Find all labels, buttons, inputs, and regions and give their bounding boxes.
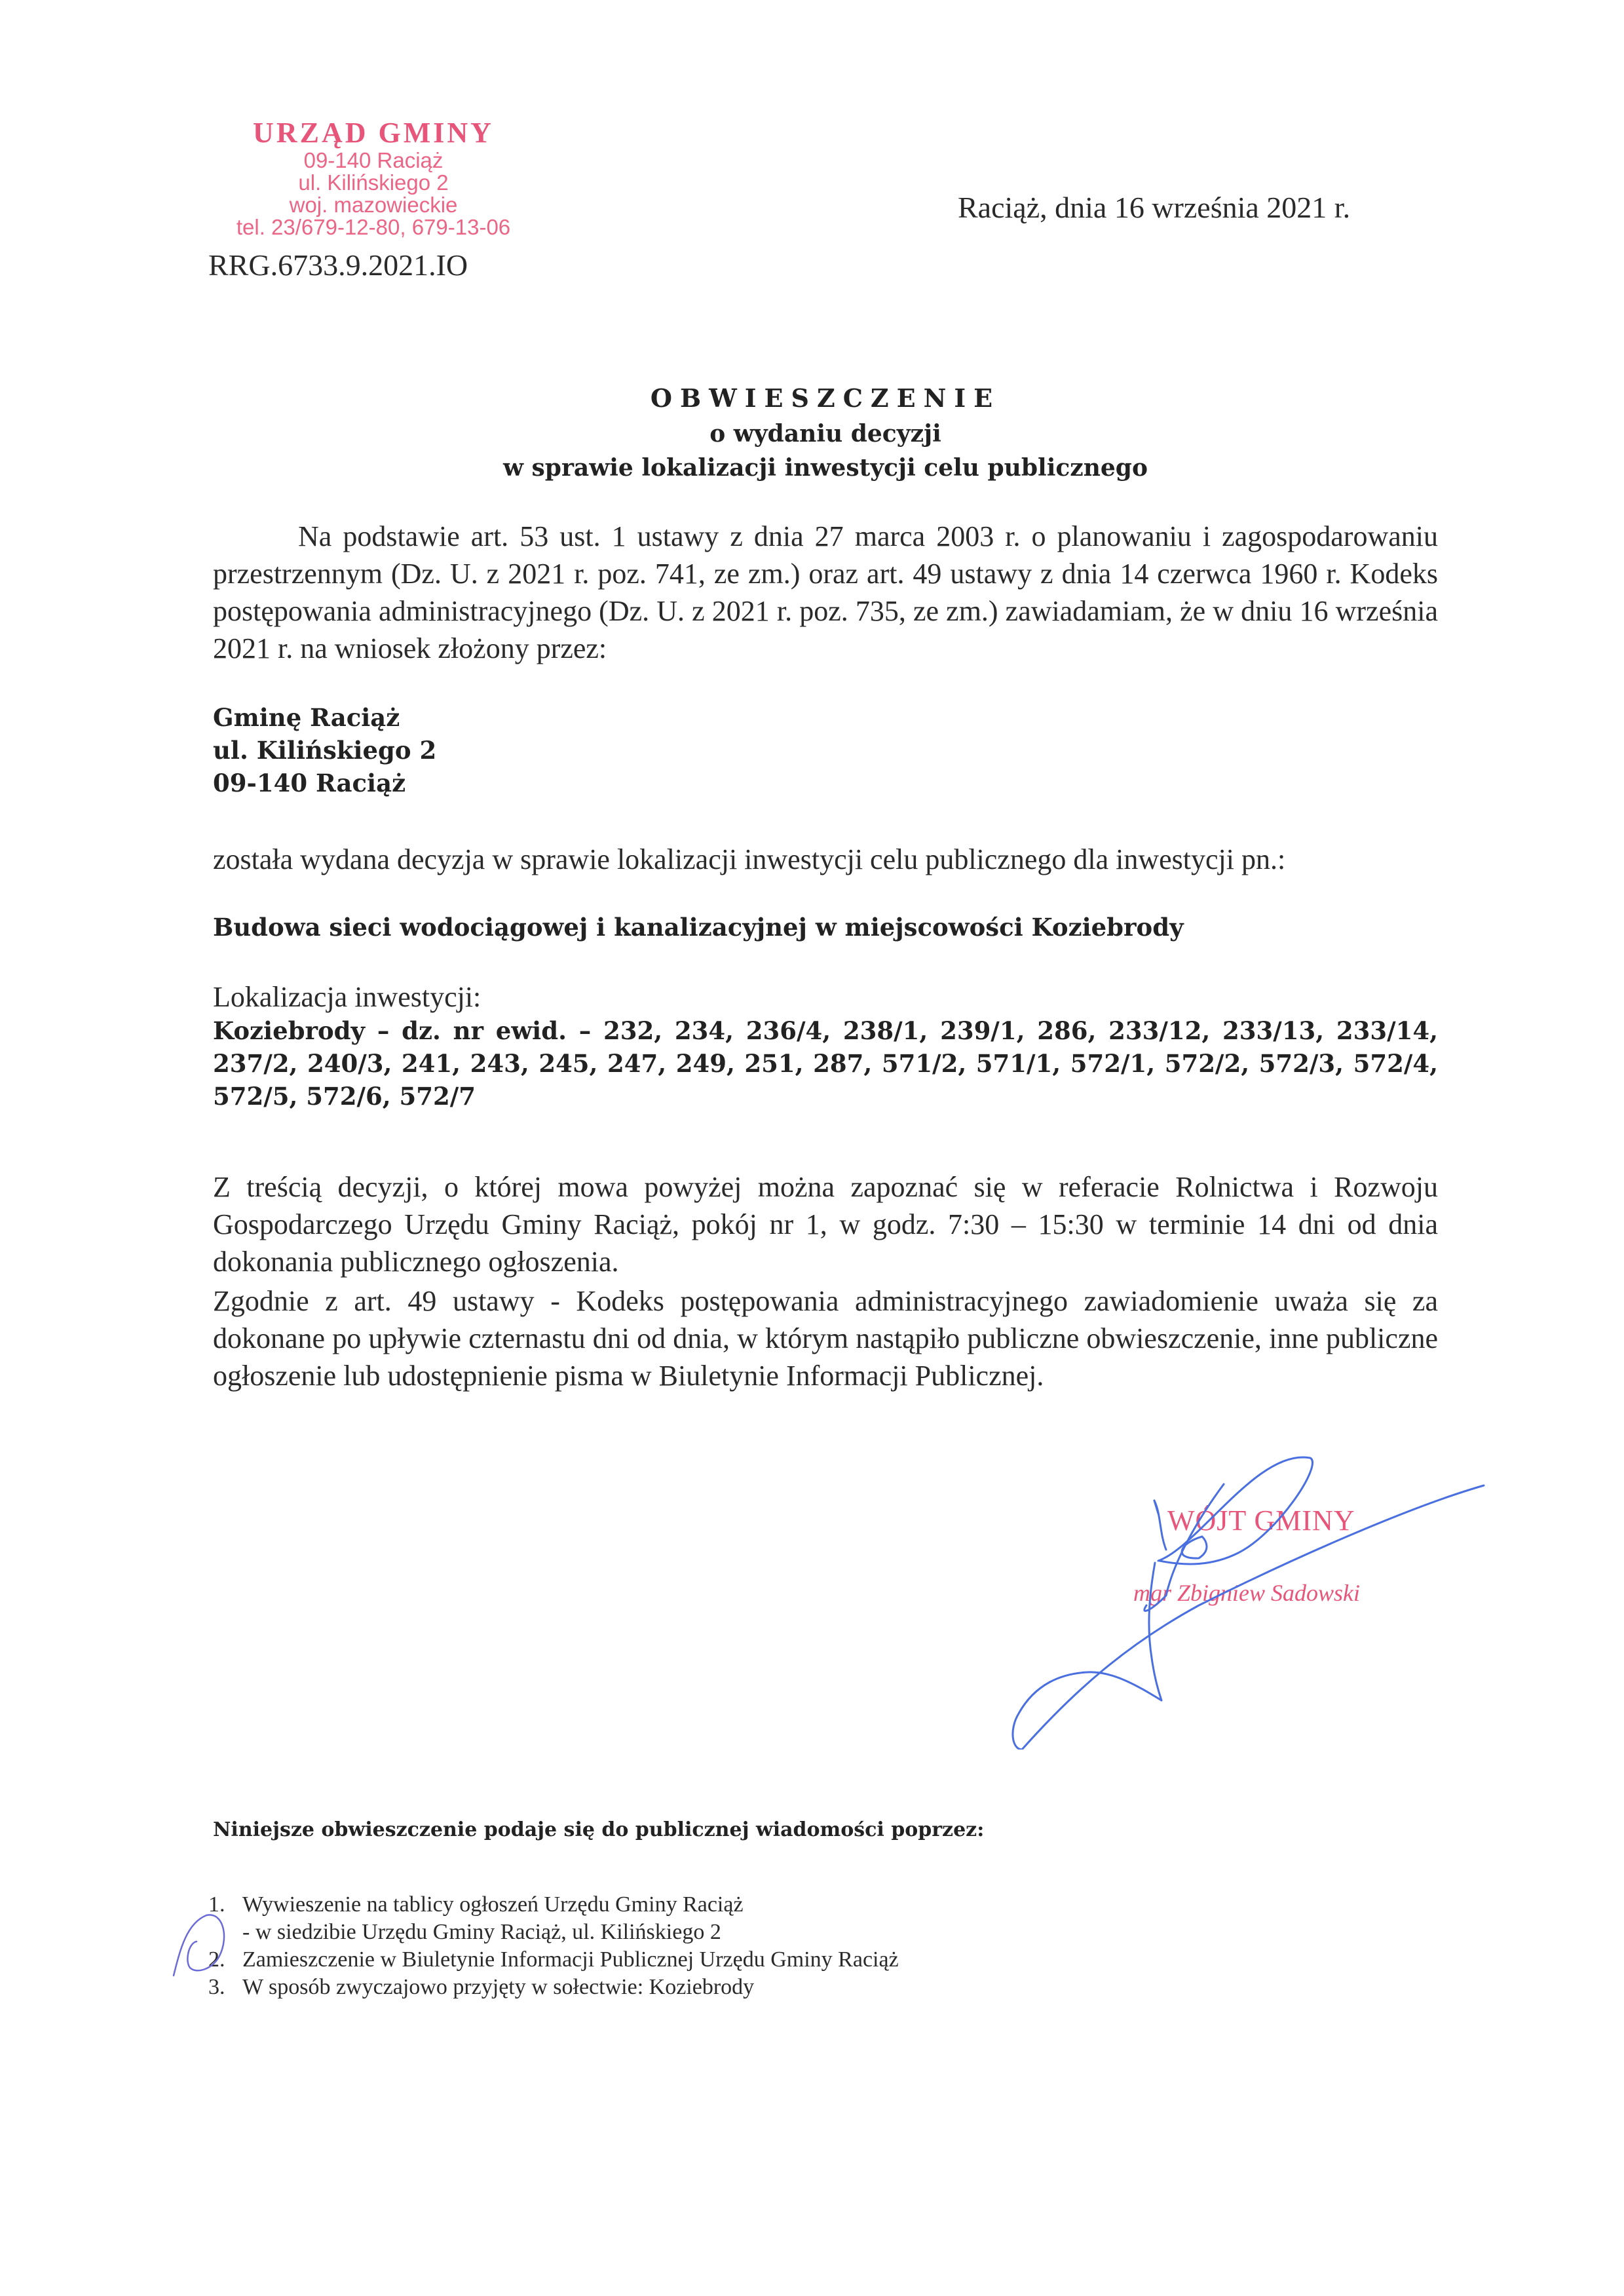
location-label: Lokalizacja inwestycji:	[213, 978, 1438, 1016]
stamp-postal: 09-140 Raciąż	[216, 149, 531, 172]
publication-item: 2.Zamieszczenie w Biuletynie Informacji …	[208, 1946, 899, 1974]
publication-item: - w siedzibie Urzędu Gminy Raciąż, ul. K…	[208, 1919, 899, 1946]
publication-heading: Niniejsze obwieszczenie podaje się do pu…	[213, 1818, 984, 1841]
applicant-street: ul. Kilińskiego 2	[213, 734, 436, 767]
intro-text: Na podstawie art. 53 ust. 1 ustawy z dni…	[213, 520, 1438, 664]
stamp-title: URZĄD GMINY	[216, 117, 531, 149]
legal-paragraph: Zgodnie z art. 49 ustawy - Kodeks postęp…	[213, 1282, 1438, 1394]
intro-paragraph: Na podstawie art. 53 ust. 1 ustawy z dni…	[213, 518, 1438, 667]
applicant-city: 09-140 Raciąż	[213, 767, 406, 799]
stamp-voivodeship: woj. mazowieckie	[216, 194, 531, 216]
decision-paragraph: została wydana decyzja w sprawie lokaliz…	[213, 841, 1438, 878]
stamp-street: ul. Kilińskiego 2	[216, 172, 531, 194]
title-subtitle-2: w sprawie lokalizacji inwestycji celu pu…	[213, 451, 1438, 485]
title-subtitle-1: o wydaniu decyzji	[213, 417, 1438, 451]
title-main: OBWIESZCZENIE	[213, 380, 1438, 417]
document-title: OBWIESZCZENIE o wydaniu decyzji w sprawi…	[213, 380, 1438, 485]
info-paragraph: Z treścią decyzji, o której mowa powyżej…	[213, 1168, 1438, 1280]
location-parcels: Koziebrody – dz. nr ewid. – 232, 234, 23…	[213, 1014, 1438, 1113]
investment-name: Budowa sieci wodociągowej i kanalizacyjn…	[213, 911, 1184, 944]
reference-number: RRG.6733.9.2021.IO	[208, 248, 468, 282]
publication-list: 1.Wywieszenie na tablicy ogłoszeń Urzędu…	[208, 1891, 899, 2001]
publication-item: 1.Wywieszenie na tablicy ogłoszeń Urzędu…	[208, 1891, 899, 1919]
stamp-phone: tel. 23/679-12-80, 679-13-06	[216, 216, 531, 239]
office-stamp: URZĄD GMINY 09-140 Raciąż ul. Kilińskieg…	[216, 117, 531, 239]
publication-item: 3.W sposób zwyczajowo przyjęty w sołectw…	[208, 1974, 899, 2001]
applicant-name: Gminę Raciąż	[213, 701, 400, 734]
handwritten-signature	[983, 1409, 1539, 1750]
pen-circle-mark	[170, 1910, 229, 1982]
date-line: Raciąż, dnia 16 września 2021 r.	[958, 190, 1350, 225]
